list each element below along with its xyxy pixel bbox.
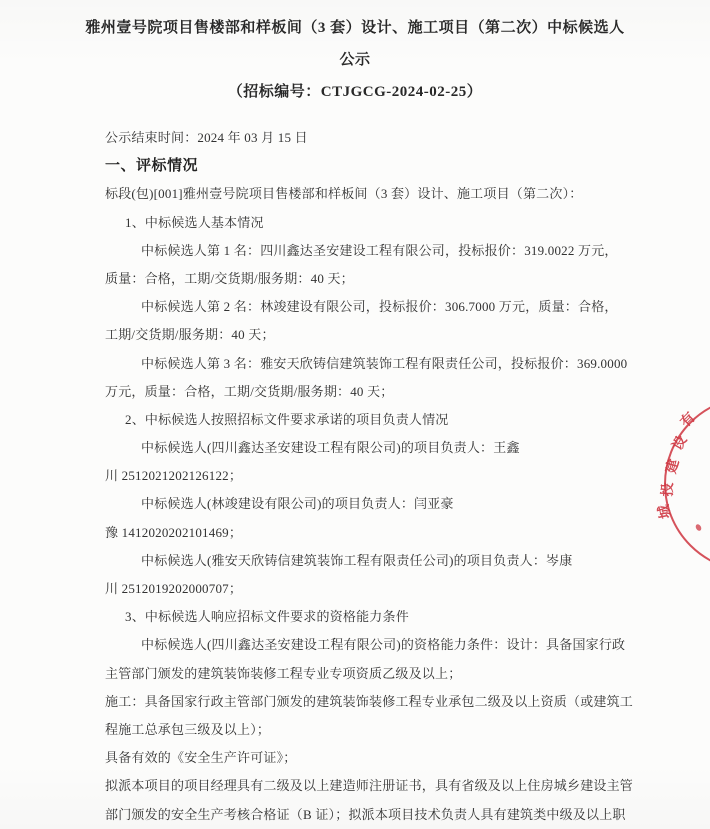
body-line: 中标候选人(林竣建设有限公司)的项目负责人：闫亚豪 [141,490,710,518]
body-line: 川 2512021202126122； [105,462,710,490]
body-line: 豫 1412020202101469； [105,519,710,547]
announcement-page: 雅州壹号院项目售楼部和样板间（3 套）设计、施工项目（第二次）中标候选人 公示 … [0,0,710,829]
body-line: 中标候选人第 2 名：林竣建设有限公司，投标报价：306.7000 万元，质量：… [141,293,710,321]
body-line: 主管部门颁发的建筑装饰装修工程专业专项资质乙级及以上； [105,660,710,688]
body-line: 中标候选人(四川鑫达圣安建设工程有限公司)的资格能力条件：设计：具备国家行政 [141,631,710,659]
body-line: 拟派本项目的项目经理具有二级及以上建造师注册证书，具有省级及以上住房城乡建设主管 [105,772,710,800]
body-line: 公示结束时间：2024 年 03 月 15 日 [105,124,710,152]
body-line: 2、中标候选人按照招标文件要求承诺的项目负责人情况 [125,406,710,434]
body-line: 程施工总承包三级及以上）； [105,716,710,744]
document-title: 雅州壹号院项目售楼部和样板间（3 套）设计、施工项目（第二次）中标候选人 公示 … [0,0,710,108]
body-line: 中标候选人(四川鑫达圣安建设工程有限公司)的项目负责人：王鑫 [141,434,710,462]
body-line: 标段(包)[001]雅州壹号院项目售楼部和样板间（3 套）设计、施工项目（第二次… [105,180,710,208]
body-line: 具备有效的《安全生产许可证》； [105,744,710,772]
body-line: 质量：合格，工期/交货期/服务期：40 天； [105,265,710,293]
body-line: 施工：具备国家行政主管部门颁发的建筑装饰装修工程专业承包二级及以上资质（或建筑工 [105,688,710,716]
body-line: 一、评标情况 [105,152,710,180]
body-line: 3、中标候选人响应招标文件要求的资格能力条件 [125,603,710,631]
title-line-1: 雅州壹号院项目售楼部和样板间（3 套）设计、施工项目（第二次）中标候选人 [0,12,710,44]
body-line: 中标候选人第 1 名：四川鑫达圣安建设工程有限公司，投标报价：319.0022 … [141,237,710,265]
body-line: 中标候选人(雅安天欣铸信建筑装饰工程有限责任公司)的项目负责人：岑康 [141,547,710,575]
tender-number: （招标编号：CTJGCG-2024-02-25） [0,76,710,108]
body-line: 1、中标候选人基本情况 [125,209,710,237]
title-line-2: 公示 [0,44,710,76]
body-line: 部门颁发的安全生产考核合格证（B 证）；拟派本项目技术负责人具有建筑类中级及以上… [105,801,710,829]
body-line: 中标候选人第 3 名：雅安天欣铸信建筑装饰工程有限责任公司，投标报价：369.0… [141,350,710,378]
body-line: 川 2512019202000707； [105,575,710,603]
document-body: 公示结束时间：2024 年 03 月 15 日一、评标情况标段(包)[001]雅… [0,124,710,829]
body-line: 万元，质量：合格，工期/交货期/服务期：40 天； [105,378,710,406]
body-line: 工期/交货期/服务期：40 天； [105,321,710,349]
